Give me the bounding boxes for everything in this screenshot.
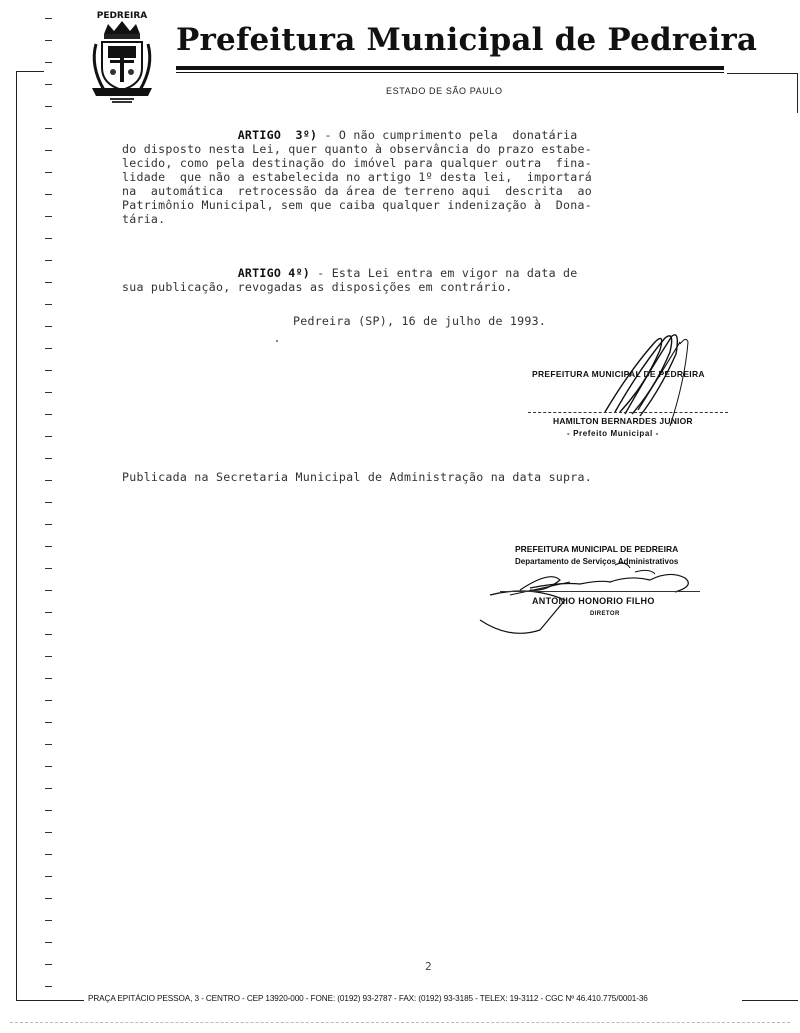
margin-tick (45, 876, 52, 877)
page-frame-bottom-right (742, 1000, 798, 1001)
signature-line (528, 412, 728, 413)
margin-tick (45, 502, 52, 503)
margin-tick (45, 392, 52, 393)
signatory-role: DIRETOR (590, 611, 620, 617)
footer-address: PRAÇA EPITÁCIO PESSOA, 3 - CENTRO - CEP … (88, 994, 648, 1003)
signatory-role: - Prefeito Municipal - (567, 429, 659, 438)
scan-noise-line (10, 1022, 790, 1023)
margin-tick (45, 854, 52, 855)
margin-tick (45, 150, 52, 151)
paragraph-line: Patrimônio Municipal, sem que caiba qual… (122, 198, 592, 212)
artigo-4-paragraph: ARTIGO 4º) - Esta Lei entra em vigor na … (122, 266, 578, 294)
page-frame-top-left (16, 71, 44, 72)
signature-department: Departamento de Serviços Administrativos (515, 557, 678, 566)
municipal-crest-logo: PEDREIRA (86, 4, 158, 104)
margin-tick (45, 458, 52, 459)
margin-tick (45, 634, 52, 635)
margin-tick (45, 40, 52, 41)
margin-tick (45, 194, 52, 195)
paragraph-line: na automática retrocessão da área de ter… (122, 184, 592, 198)
margin-tick (45, 436, 52, 437)
margin-tick (45, 304, 52, 305)
paragraph-line: lecido, como pela destinação do imóvel p… (122, 156, 592, 170)
article-label: ARTIGO 3º) (238, 128, 318, 142)
title-rule-thin (176, 72, 724, 73)
margin-tick (45, 986, 52, 987)
margin-tick (45, 172, 52, 173)
margin-tick (45, 766, 52, 767)
state-subtitle: ESTADO DE SÃO PAULO (386, 86, 503, 96)
margin-tick (45, 480, 52, 481)
artigo-3-paragraph: ARTIGO 3º) - O não cumprimento pela dona… (122, 128, 592, 226)
margin-tick (45, 414, 52, 415)
margin-tick (45, 700, 52, 701)
margin-tick (45, 612, 52, 613)
article-label: ARTIGO 4º) (238, 266, 310, 280)
signatory-name: ANTONIO HONORIO FILHO (532, 596, 655, 606)
director-signature-block: PREFEITURA MUNICIPAL DE PEDREIRA Departa… (470, 530, 730, 650)
paragraph-line: do disposto nesta Lei, quer quanto à obs… (122, 142, 592, 156)
svg-text:PEDREIRA: PEDREIRA (97, 11, 148, 21)
mayor-signature-block: PREFEITURA MUNICIPAL DE PEDREIRA HAMILTO… (520, 330, 760, 450)
margin-tick (45, 326, 52, 327)
page-frame-top-right (727, 73, 798, 74)
margin-tick (45, 678, 52, 679)
scan-speck (276, 340, 278, 342)
margin-tick (45, 568, 52, 569)
page-title: Prefeitura Municipal de Pedreira (176, 22, 757, 58)
margin-tick (45, 524, 52, 525)
signature-org: PREFEITURA MUNICIPAL DE PEDREIRA (532, 369, 705, 379)
margin-tick (45, 260, 52, 261)
margin-tick (45, 348, 52, 349)
margin-tick (45, 656, 52, 657)
margin-tick (45, 832, 52, 833)
title-rule (176, 66, 724, 70)
page-frame-right (797, 73, 798, 113)
document-page: PEDREIRA Prefeitura Municipal de Pedreir… (0, 0, 800, 1033)
signature-line (500, 591, 700, 592)
margin-tick-marks (42, 18, 56, 998)
margin-tick (45, 106, 52, 107)
margin-tick (45, 216, 52, 217)
paragraph-line: ARTIGO 4º) - Esta Lei entra em vigor na … (122, 266, 578, 280)
paragraph-line: ARTIGO 3º) - O não cumprimento pela dona… (122, 128, 592, 142)
margin-tick (45, 590, 52, 591)
page-frame-bottom-left (16, 1000, 84, 1001)
page-frame-left (16, 71, 17, 1001)
margin-tick (45, 18, 52, 19)
margin-tick (45, 942, 52, 943)
margin-tick (45, 722, 52, 723)
margin-tick (45, 744, 52, 745)
signatory-name: HAMILTON BERNARDES JUNIOR (553, 416, 693, 426)
paragraph-line: lidade que não a estabelecida no artigo … (122, 170, 592, 184)
margin-tick (45, 62, 52, 63)
margin-tick (45, 810, 52, 811)
signature-org: PREFEITURA MUNICIPAL DE PEDREIRA (515, 544, 678, 554)
margin-tick (45, 282, 52, 283)
paragraph-line: tária. (122, 212, 592, 226)
margin-tick (45, 788, 52, 789)
margin-tick (45, 128, 52, 129)
margin-tick (45, 964, 52, 965)
paragraph-line: sua publicação, revogadas as disposições… (122, 280, 578, 294)
page-number: 2 (425, 960, 432, 973)
margin-tick (45, 898, 52, 899)
margin-tick (45, 84, 52, 85)
dateline: Pedreira (SP), 16 de julho de 1993. (293, 314, 546, 328)
margin-tick (45, 920, 52, 921)
margin-tick (45, 238, 52, 239)
publication-note: Publicada na Secretaria Municipal de Adm… (122, 470, 592, 484)
margin-tick (45, 546, 52, 547)
margin-tick (45, 370, 52, 371)
